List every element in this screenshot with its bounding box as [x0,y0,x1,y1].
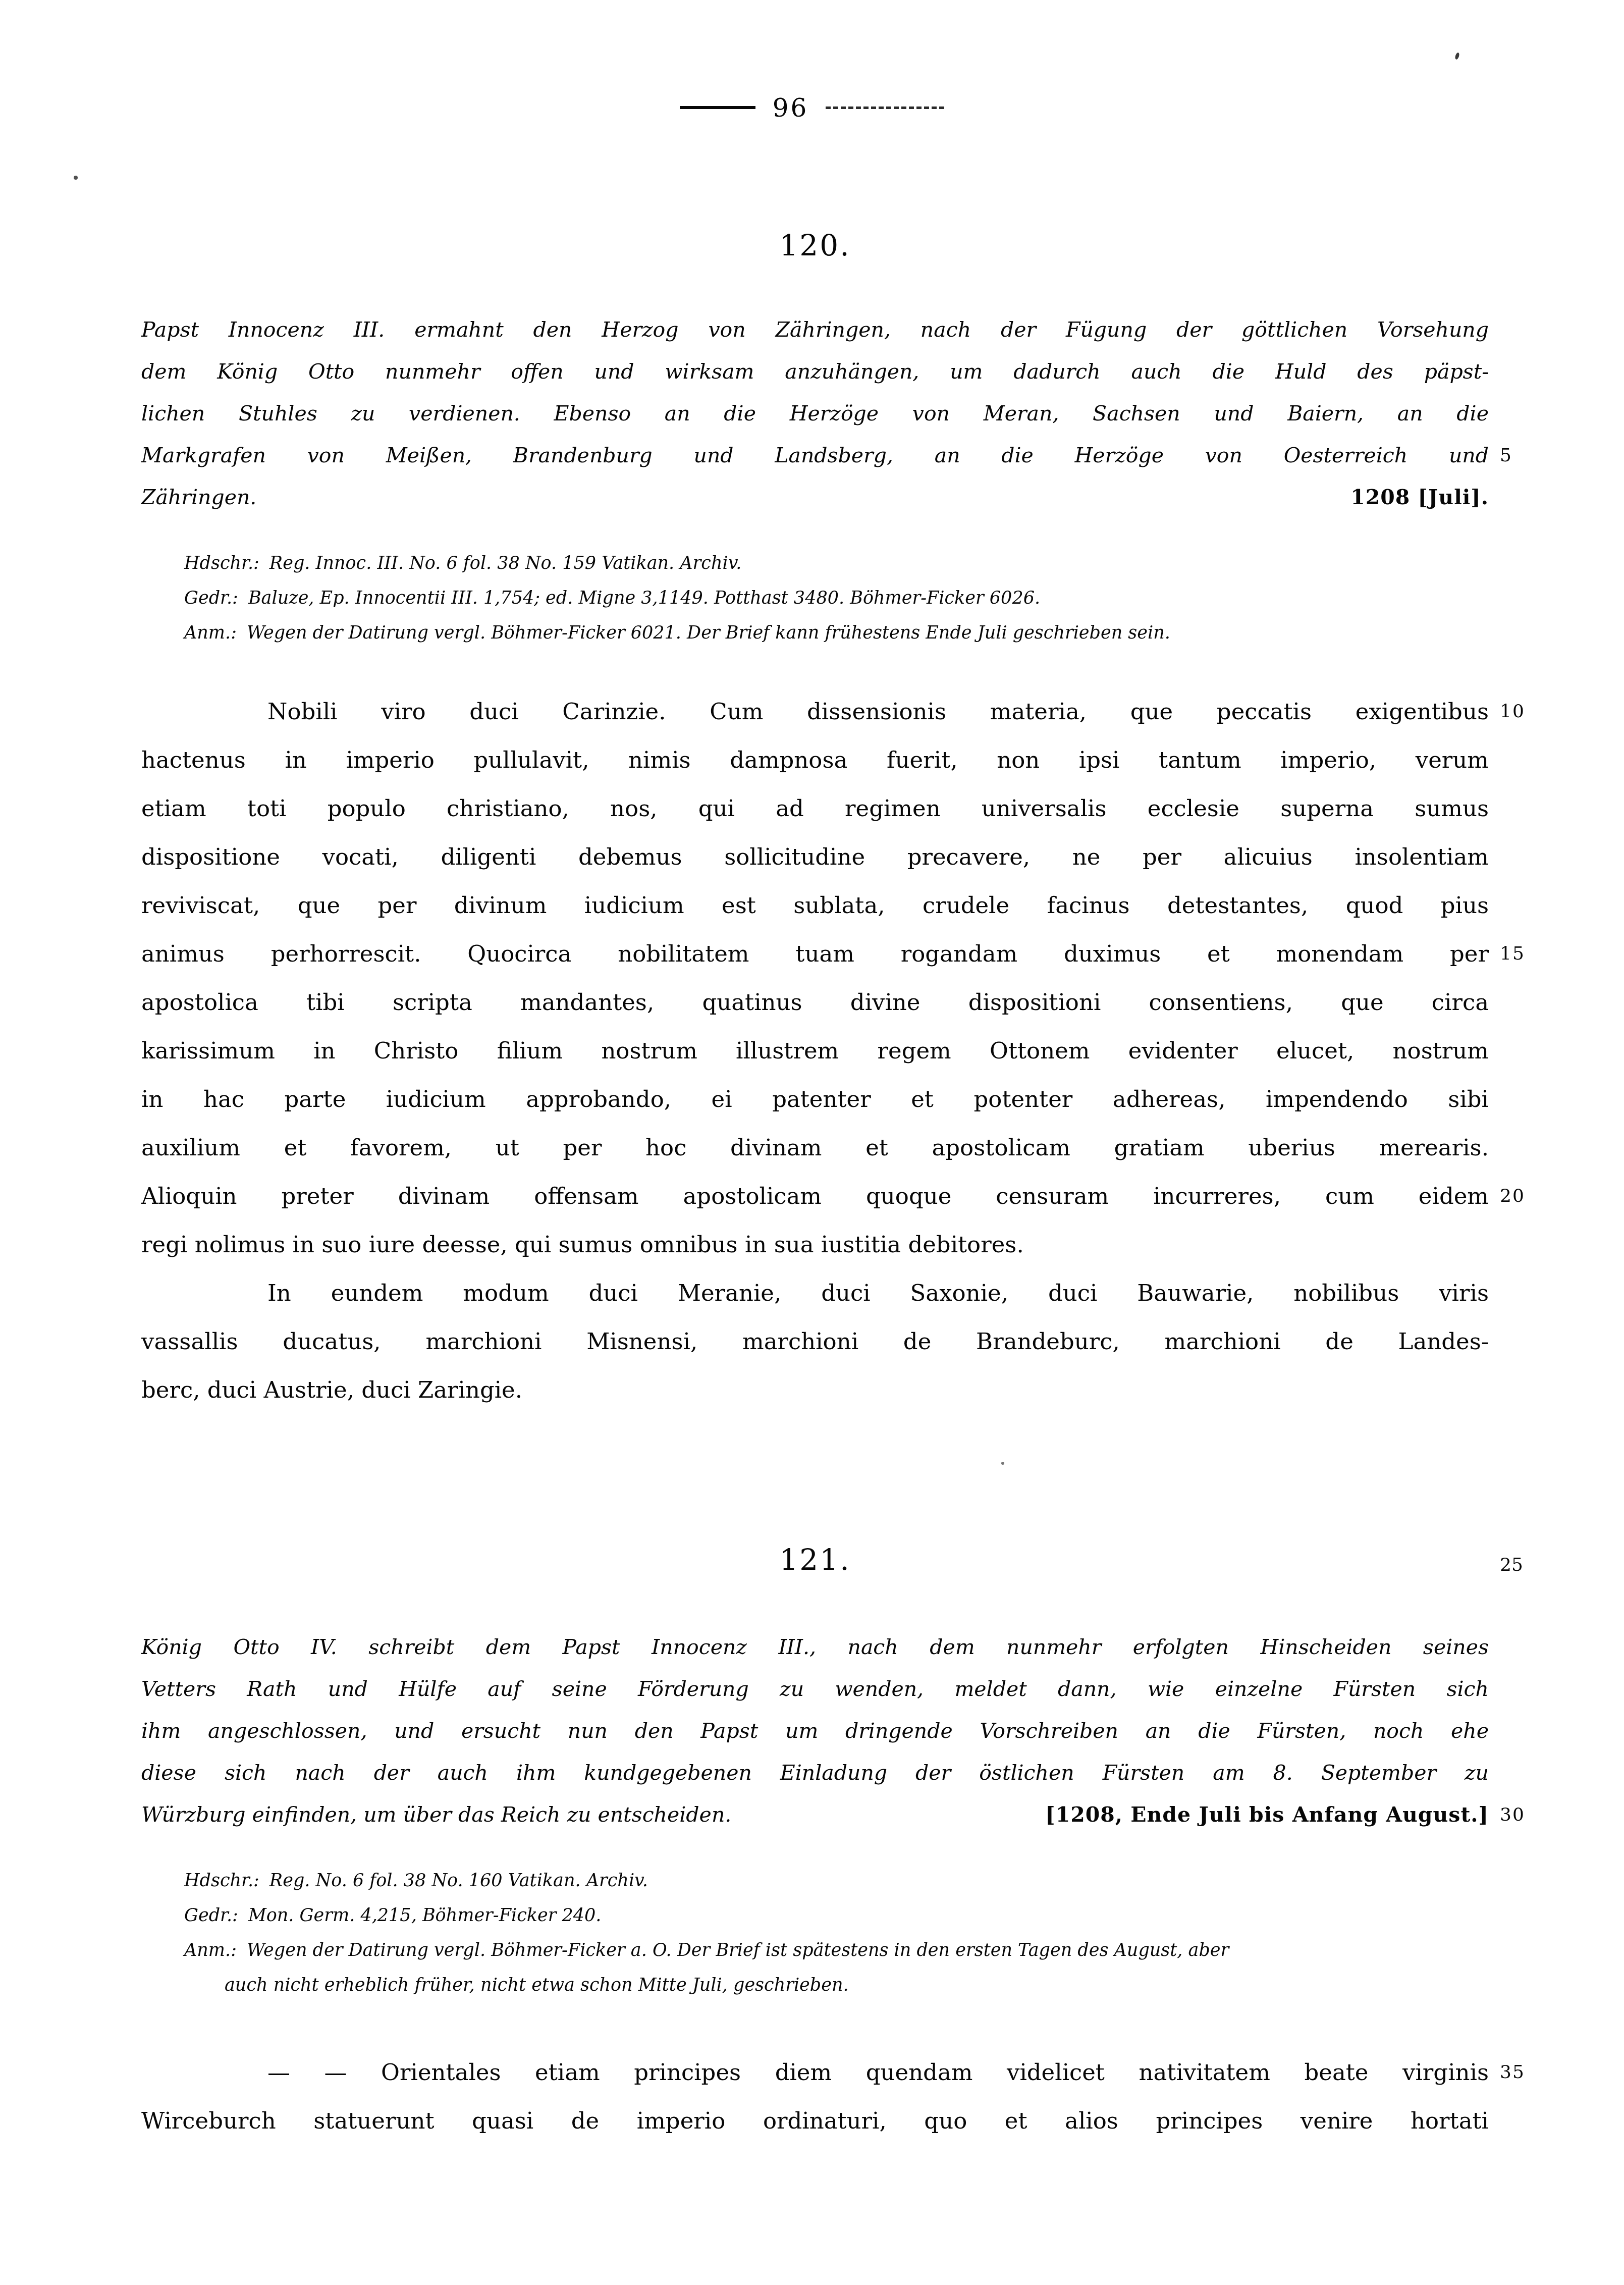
margin-line-number: 5 [1500,435,1512,476]
apparatus-label: Anm.: [184,1940,237,1960]
body-line: reviviscat, que per divinum iudicium est… [141,881,1489,930]
body-text: apostolica tibi scripta mandantes, quati… [141,989,1489,1016]
apparatus-line: Gedr.:Mon. Germ. 4,215, Böhmer-Ficker 24… [184,1898,1489,1933]
body-text: vassallis ducatus, marchioni Misnensi, m… [141,1328,1489,1355]
summary-text: Zähringen. [141,485,256,509]
body-line: — — Orientales etiam principes diem quen… [141,2048,1489,2097]
summary-line: ihm angeschlossen, und ersucht nun den P… [141,1710,1489,1752]
summary-line: Zähringen.1208 [Juli]. [141,476,1489,518]
apparatus-text: Wegen der Datirung vergl. Böhmer-Ficker … [247,1940,1229,1960]
summary-text: ihm angeschlossen, und ersucht nun den P… [141,1719,1489,1743]
summary-line: Würzburg einfinden, um über das Reich zu… [141,1794,1489,1836]
apparatus-line: Gedr.:Baluze, Ep. Innocentii III. 1,754;… [184,581,1489,616]
body-line: berc, duci Austrie, duci Zaringie. [141,1366,1489,1414]
margin-line-number: 25 [1500,1555,1523,1575]
summary-line: Vetters Rath und Hülfe auf seine Förderu… [141,1668,1489,1710]
doc-120-heading: 120. [141,228,1489,262]
body-line: In eundem modum duci Meranie, duci Saxon… [141,1269,1489,1317]
body-line: Wirceburch statuerunt quasi de imperio o… [141,2097,1489,2145]
body-line: regi nolimus in suo iure deesse, qui sum… [141,1220,1489,1269]
body-text: animus perhorrescit. Quocirca nobilitate… [141,940,1489,967]
apparatus-line: Anm.:Wegen der Datirung vergl. Böhmer-Fi… [184,1933,1489,1968]
scan-artifact [74,176,78,180]
body-line: animus perhorrescit. Quocirca nobilitate… [141,930,1489,978]
body-text: in hac parte iudicium approbando, ei pat… [141,1086,1489,1112]
body-text: dispositione vocati, diligenti debemus s… [141,843,1489,870]
body-line: auxilium et favorem, ut per hoc divinam … [141,1124,1489,1172]
body-text: Alioquin preter divinam offensam apostol… [141,1183,1489,1209]
summary-text: Papst Innocenz III. ermahnt den Herzog v… [141,317,1489,342]
apparatus-text: Reg. No. 6 fol. 38 No. 160 Vatikan. Arch… [269,1871,648,1891]
summary-line: Markgrafen von Meißen, Brandenburg und L… [141,435,1489,476]
body-text: Nobili viro duci Carinzie. Cum dissensio… [267,698,1489,725]
summary-line: lichen Stuhles zu verdienen. Ebenso an d… [141,393,1489,435]
apparatus-line: Anm.:Wegen der Datirung vergl. Böhmer-Fi… [184,616,1489,651]
doc-121-heading: 121. [141,1543,1489,1577]
doc-121-apparatus: Hdschr.:Reg. No. 6 fol. 38 No. 160 Vatik… [184,1864,1489,2003]
apparatus-text: auch nicht erheblich früher, nicht etwa … [225,1975,849,1995]
apparatus-text: Baluze, Ep. Innocentii III. 1,754; ed. M… [248,588,1040,608]
apparatus-label: Anm.: [184,623,237,643]
summary-text: diese sich nach der auch ihm kundgegeben… [141,1761,1489,1785]
summary-text: Markgrafen von Meißen, Brandenburg und L… [141,443,1489,467]
summary-text: Vetters Rath und Hülfe auf seine Förderu… [141,1677,1489,1701]
summary-line: diese sich nach der auch ihm kundgegeben… [141,1752,1489,1794]
summary-text: Würzburg einfinden, um über das Reich zu… [141,1802,731,1827]
summary-text: lichen Stuhles zu verdienen. Ebenso an d… [141,401,1489,426]
body-text: hactenus in imperio pullulavit, nimis da… [141,747,1489,773]
body-text: In eundem modum duci Meranie, duci Saxon… [267,1280,1489,1306]
page-number-header: 96 [0,93,1624,123]
body-text: auxilium et favorem, ut per hoc divinam … [141,1134,1489,1161]
apparatus-label: Gedr.: [184,1905,238,1926]
apparatus-label: Hdschr.: [184,1871,259,1891]
document-date: 1208 [Juli]. [1350,476,1489,518]
body-text: karissimum in Christo filium nostrum ill… [141,1037,1489,1064]
body-line: etiam toti populo christiano, nos, qui a… [141,784,1489,833]
body-line: karissimum in Christo filium nostrum ill… [141,1027,1489,1075]
body-line: apostolica tibi scripta mandantes, quati… [141,978,1489,1027]
doc-121-summary: König Otto IV. schreibt dem Papst Innoce… [141,1626,1489,1836]
body-line: Alioquin preter divinam offensam apostol… [141,1172,1489,1220]
doc-120-apparatus: Hdschr.:Reg. Innoc. III. No. 6 fol. 38 N… [184,546,1489,651]
header-rule-left [680,106,755,109]
apparatus-label: Gedr.: [184,588,238,608]
scan-artifact [1001,1462,1004,1465]
apparatus-text: Wegen der Datirung vergl. Böhmer-Ficker … [247,623,1170,643]
doc-120-body: Nobili viro duci Carinzie. Cum dissensio… [141,687,1489,1414]
summary-text: König Otto IV. schreibt dem Papst Innoce… [141,1635,1489,1659]
apparatus-line: Hdschr.:Reg. No. 6 fol. 38 No. 160 Vatik… [184,1864,1489,1898]
apparatus-continuation-line: auch nicht erheblich früher, nicht etwa … [184,1968,1489,2003]
body-line: hactenus in imperio pullulavit, nimis da… [141,736,1489,784]
margin-line-number: 10 [1500,687,1525,736]
body-text: reviviscat, que per divinum iudicium est… [141,892,1489,919]
summary-line: dem König Otto nunmehr offen und wirksam… [141,351,1489,393]
margin-line-number: 35 [1500,2048,1525,2097]
apparatus-label: Hdschr.: [184,553,259,573]
apparatus-text: Reg. Innoc. III. No. 6 fol. 38 No. 159 V… [269,553,742,573]
page-number: 96 [773,93,809,123]
apparatus-line: Hdschr.:Reg. Innoc. III. No. 6 fol. 38 N… [184,546,1489,581]
body-line: vassallis ducatus, marchioni Misnensi, m… [141,1317,1489,1366]
body-text: — — Orientales etiam principes diem quen… [267,2059,1489,2086]
body-text: etiam toti populo christiano, nos, qui a… [141,795,1489,822]
body-text: berc, duci Austrie, duci Zaringie. [141,1376,522,1403]
margin-line-number: 20 [1500,1172,1525,1220]
header-rule-right [826,107,944,109]
doc-121-body: — — Orientales etiam principes diem quen… [141,2048,1489,2145]
summary-line: König Otto IV. schreibt dem Papst Innoce… [141,1626,1489,1668]
summary-text: dem König Otto nunmehr offen und wirksam… [141,359,1489,384]
body-line: Nobili viro duci Carinzie. Cum dissensio… [141,687,1489,736]
body-text: Wirceburch statuerunt quasi de imperio o… [141,2107,1489,2134]
scanned-book-page: 96 120. Papst Innocenz III. ermahnt den … [0,0,1624,2285]
body-line: in hac parte iudicium approbando, ei pat… [141,1075,1489,1124]
margin-line-number: 30 [1500,1794,1525,1836]
document-date: [1208, Ende Juli bis Anfang August.] [1045,1794,1489,1836]
doc-120-summary: Papst Innocenz III. ermahnt den Herzog v… [141,309,1489,518]
scan-artifact [1454,52,1460,60]
apparatus-text: Mon. Germ. 4,215, Böhmer-Ficker 240. [248,1905,602,1926]
body-text: regi nolimus in suo iure deesse, qui sum… [141,1231,1024,1258]
margin-line-number: 15 [1500,930,1525,978]
summary-line: Papst Innocenz III. ermahnt den Herzog v… [141,309,1489,351]
body-line: dispositione vocati, diligenti debemus s… [141,833,1489,881]
